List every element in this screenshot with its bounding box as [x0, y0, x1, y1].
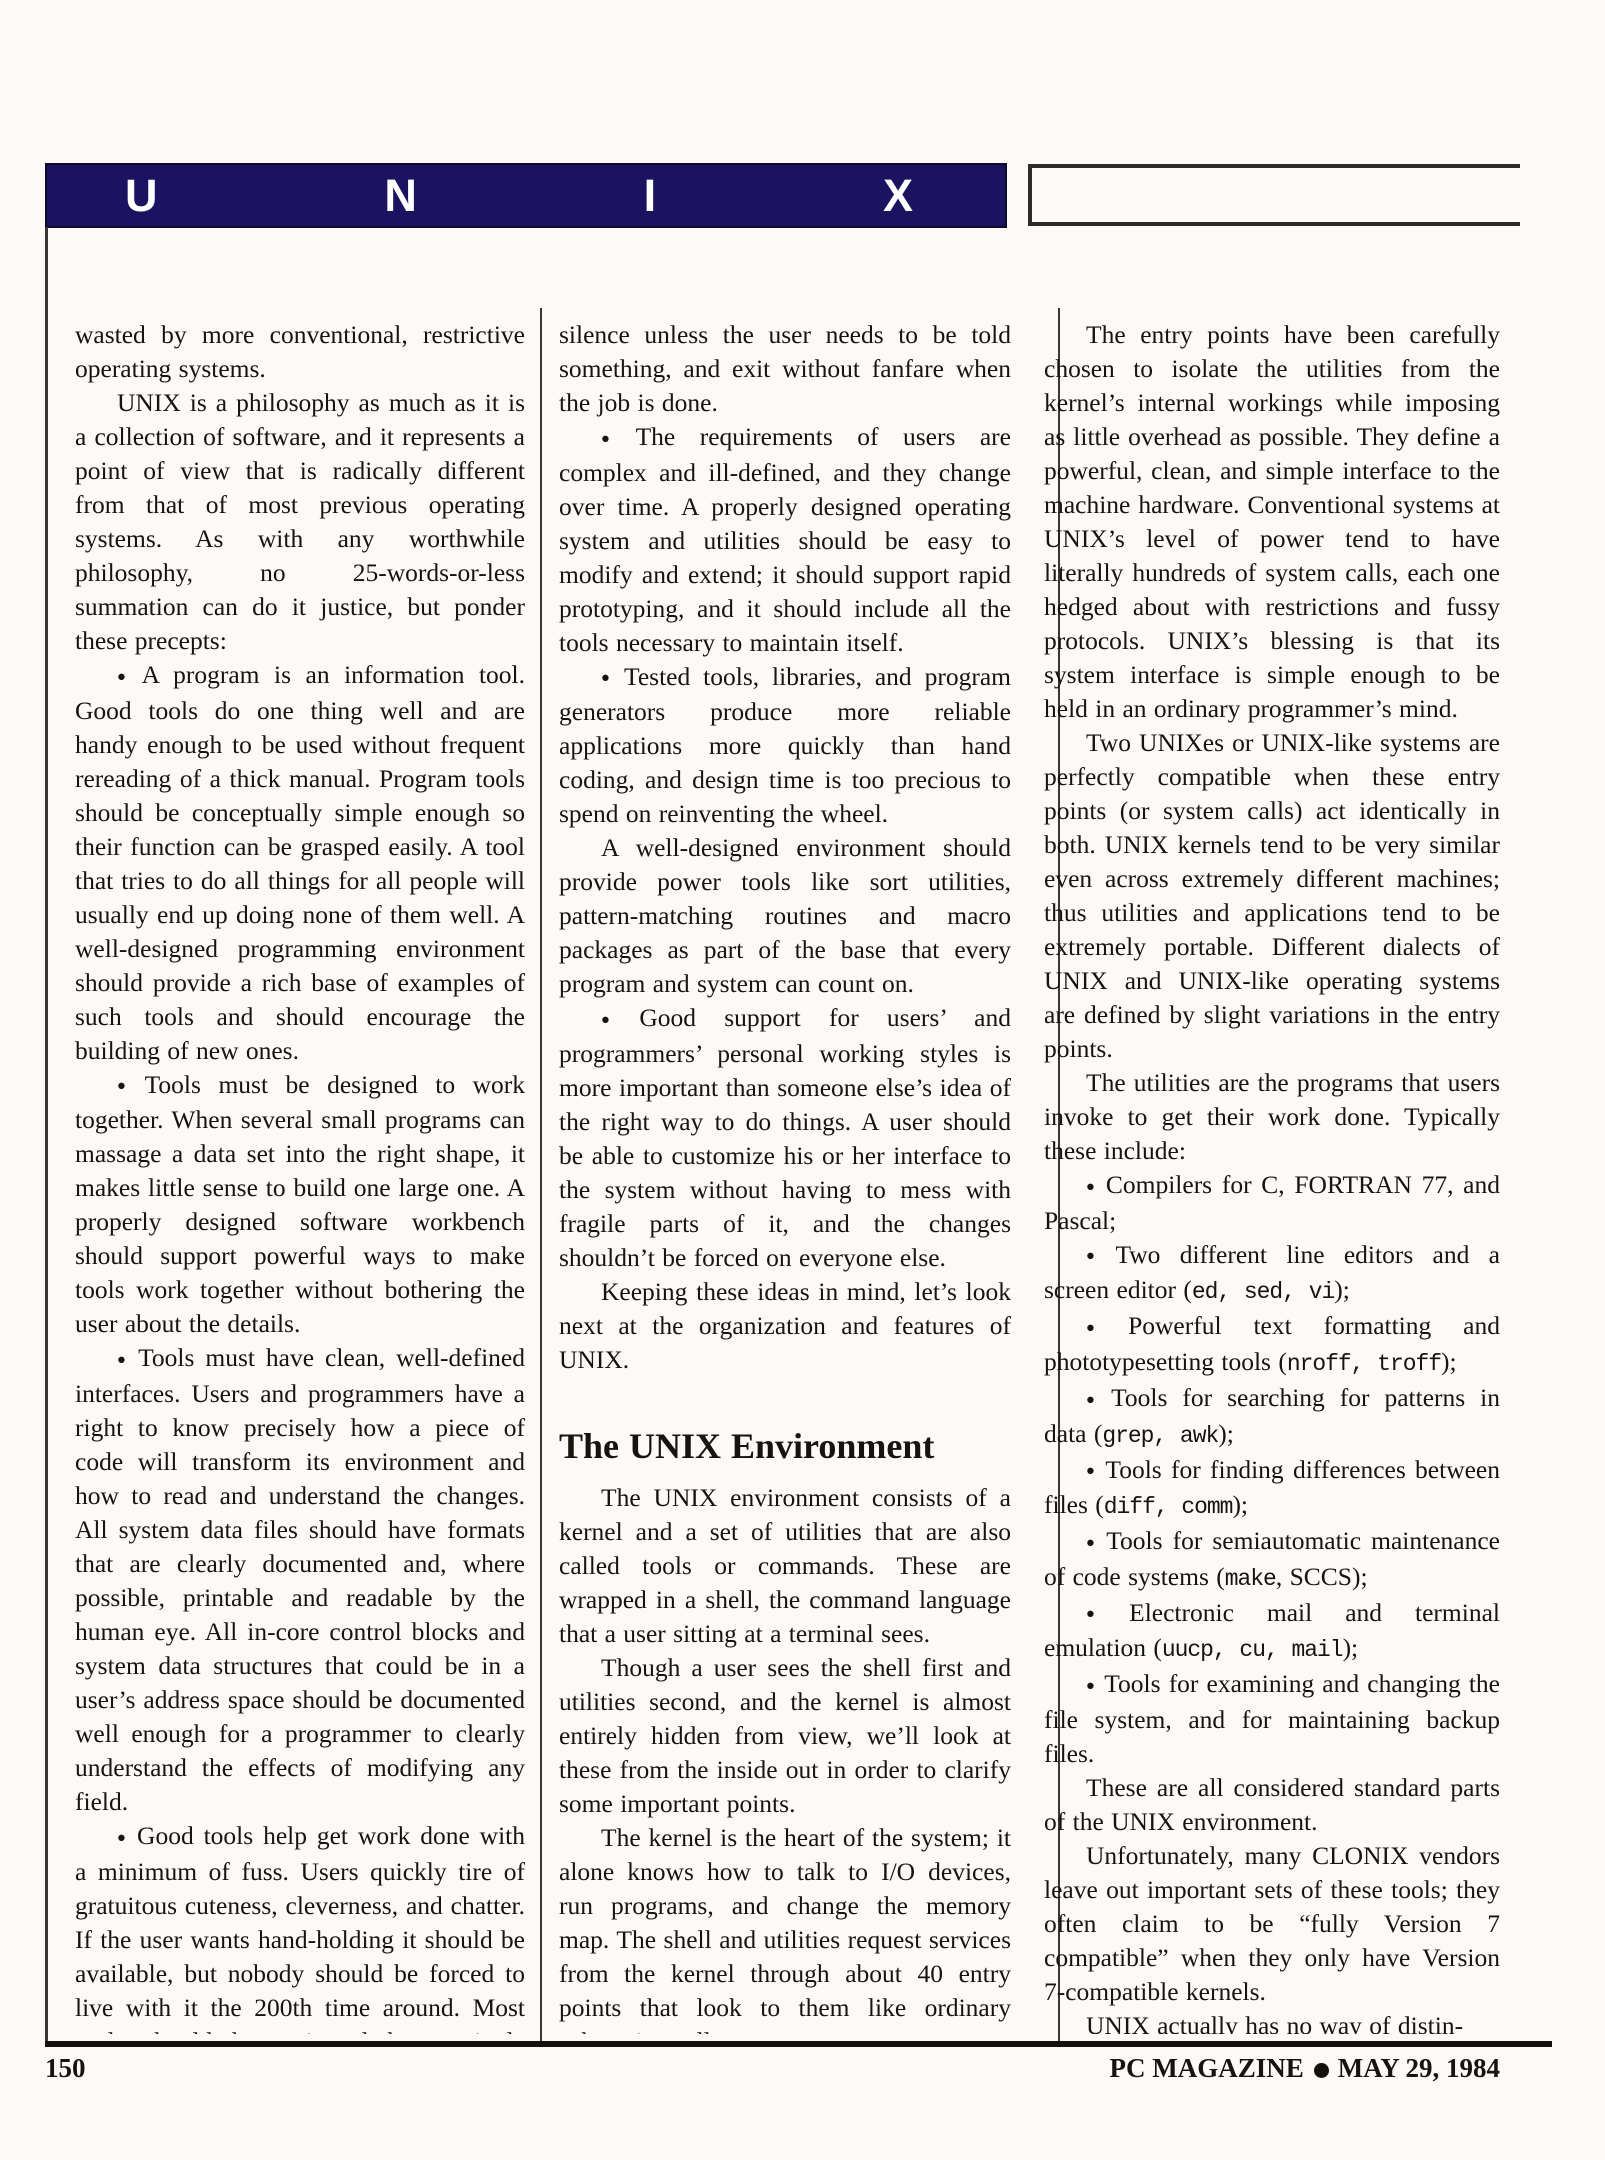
header-rule-box [1028, 164, 1520, 226]
bullet-dot-icon: ● [601, 1012, 631, 1028]
text-run: silence unless the user needs to be told… [559, 320, 1011, 417]
text-run: Tested tools, libraries, and program gen… [559, 662, 1011, 829]
bullet-item: ●The requirements of users are complex a… [559, 420, 1011, 660]
bullet-item: ●Electronic mail and terminal emulation … [1044, 1596, 1500, 1668]
bullet-dot-icon: ● [601, 431, 627, 447]
text-run: Keeping these ideas in mind, let’s look … [559, 1277, 1011, 1374]
bullet-item: ●A program is an information tool. Good … [75, 658, 525, 1068]
command-name: diff, comm [1104, 1494, 1233, 1520]
bullet-item: ●Tools for searching for patterns in dat… [1044, 1381, 1500, 1453]
bullet-dot-icon: ● [1086, 1535, 1098, 1551]
bullet-dot-icon: ● [117, 1830, 128, 1846]
bullet-dot-icon: ● [1086, 1606, 1121, 1622]
body-paragraph: Unfortunately, many CLONIX vendors leave… [1044, 1839, 1500, 2009]
text-run: ); [1334, 1275, 1350, 1304]
text-run: The utilities are the programs that user… [1044, 1068, 1500, 1165]
article-column-2: silence unless the user needs to be told… [559, 318, 1011, 2034]
text-run: ); [1232, 1490, 1248, 1519]
text-run: The requirements of users are complex an… [559, 422, 1011, 657]
body-paragraph: The kernel is the heart of the system; i… [559, 1821, 1011, 2034]
issue-date: MAY 29, 1984 [1338, 2053, 1500, 2083]
footer-magazine-date: PC MAGAZINEMAY 29, 1984 [1109, 2053, 1500, 2084]
text-run: ); [1343, 1633, 1359, 1662]
body-paragraph: UNIX actually has no way of distin- [1044, 2009, 1500, 2034]
masthead-letter-x: X [883, 173, 913, 218]
text-run: wasted by more conventional, restrictive… [75, 320, 525, 383]
bullet-dot-icon: ● [1086, 1320, 1119, 1336]
bullet-separator-icon [1314, 2063, 1329, 2078]
text-run: Tools for examining and changing the fil… [1044, 1669, 1500, 1768]
text-run: Tools must be designed to work together.… [75, 1070, 525, 1339]
text-run: The kernel is the heart of the system; i… [559, 1823, 1011, 2034]
bullet-item: ●Two different line editors and a screen… [1044, 1238, 1500, 1310]
bullet-item: ●Tested tools, libraries, and program ge… [559, 660, 1011, 832]
bullet-item: ●Tools for finding differences between f… [1044, 1453, 1500, 1525]
command-name: uucp, cu, mail [1162, 1637, 1343, 1663]
bullet-dot-icon: ● [1086, 1179, 1097, 1195]
text-run: Though a user sees the shell first and u… [559, 1653, 1011, 1818]
article-column-1: wasted by more conventional, restrictive… [75, 318, 525, 2034]
masthead-letter-i: I [644, 173, 657, 218]
text-run: Good support for users’ and programmers’… [559, 1003, 1011, 1272]
text-run: , SCCS); [1276, 1562, 1368, 1591]
bullet-item: ●Good support for users’ and programmers… [559, 1001, 1011, 1275]
command-name: grep, awk [1102, 1423, 1218, 1449]
body-paragraph: The utilities are the programs that user… [1044, 1066, 1500, 1168]
text-run: A program is an information tool. Good t… [75, 660, 525, 1065]
bullet-item: ●Tools must have clean, well-defined int… [75, 1341, 525, 1819]
body-paragraph: Keeping these ideas in mind, let’s look … [559, 1275, 1011, 1377]
bullet-dot-icon: ● [1086, 1678, 1096, 1694]
column-divider-1 [540, 308, 542, 2043]
bullet-dot-icon: ● [117, 1078, 136, 1094]
text-run: UNIX is a philosophy as much as it is a … [75, 388, 525, 655]
body-paragraph: The UNIX environment consists of a kerne… [559, 1481, 1011, 1651]
text-run: Compilers for C, FORTRAN 77, and Pascal; [1044, 1170, 1500, 1235]
body-paragraph: The entry points have been carefully cho… [1044, 318, 1500, 726]
text-run: The entry points have been carefully cho… [1044, 320, 1500, 723]
bullet-dot-icon: ● [1086, 1248, 1107, 1264]
text-run: Tools must have clean, well-defined inte… [75, 1343, 525, 1816]
body-paragraph: wasted by more conventional, restrictive… [75, 318, 525, 386]
bullet-dot-icon: ● [117, 1352, 130, 1368]
masthead-letter-u: U [125, 173, 158, 218]
magazine-name: PC MAGAZINE [1109, 2053, 1303, 2083]
text-run: A well-designed environment should provi… [559, 833, 1011, 998]
bullet-dot-icon: ● [601, 670, 615, 686]
text-run: Unfortunately, many CLONIX vendors leave… [1044, 1841, 1500, 2006]
body-paragraph: Two UNIXes or UNIX-like systems are perf… [1044, 726, 1500, 1066]
bullet-item: ●Powerful text formatting and phototypes… [1044, 1309, 1500, 1381]
body-paragraph: A well-designed environment should provi… [559, 831, 1011, 1001]
bullet-dot-icon: ● [1086, 1392, 1103, 1408]
bullet-item: ●Compilers for C, FORTRAN 77, and Pascal… [1044, 1168, 1500, 1238]
text-run: ); [1218, 1419, 1234, 1448]
text-run: These are all considered standard parts … [1044, 1773, 1500, 1836]
bullet-item: ●Tools for semiautomatic maintenance of … [1044, 1524, 1500, 1596]
text-run: Good tools help get work done with a min… [75, 1821, 525, 2034]
text-run: Two UNIXes or UNIX-like systems are perf… [1044, 728, 1500, 1063]
text-run: UNIX actually has no way of distin- [1086, 2011, 1463, 2034]
body-paragraph: UNIX is a philosophy as much as it is a … [75, 386, 525, 658]
bullet-dot-icon: ● [1086, 1463, 1097, 1479]
text-run: The UNIX Environment [559, 1426, 934, 1466]
body-paragraph: silence unless the user needs to be told… [559, 318, 1011, 420]
article-column-3: The entry points have been carefully cho… [1044, 318, 1500, 2034]
page-number: 150 [45, 2053, 86, 2084]
masthead-letter-n: N [384, 173, 417, 218]
text-run: ); [1441, 1347, 1457, 1376]
unix-masthead-bar: U N I X [45, 163, 1007, 228]
bullet-dot-icon: ● [117, 669, 133, 685]
footer-rule [45, 2041, 1552, 2047]
magazine-page-scan: U N I X wasted by more conventional, res… [0, 0, 1605, 2160]
command-name: make [1225, 1566, 1276, 1592]
body-paragraph: These are all considered standard parts … [1044, 1771, 1500, 1839]
bullet-item: ●Tools must be designed to work together… [75, 1068, 525, 1342]
section-heading: The UNIX Environment [559, 1427, 1011, 1467]
bullet-item: ●Good tools help get work done with a mi… [75, 1819, 525, 2034]
command-name: ed, sed, vi [1192, 1279, 1334, 1305]
command-name: nroff, troff [1287, 1351, 1441, 1377]
text-run: The UNIX environment consists of a kerne… [559, 1483, 1011, 1648]
bullet-item: ●Tools for examining and changing the fi… [1044, 1667, 1500, 1771]
left-margin-rule [45, 227, 48, 2043]
body-paragraph: Though a user sees the shell first and u… [559, 1651, 1011, 1821]
